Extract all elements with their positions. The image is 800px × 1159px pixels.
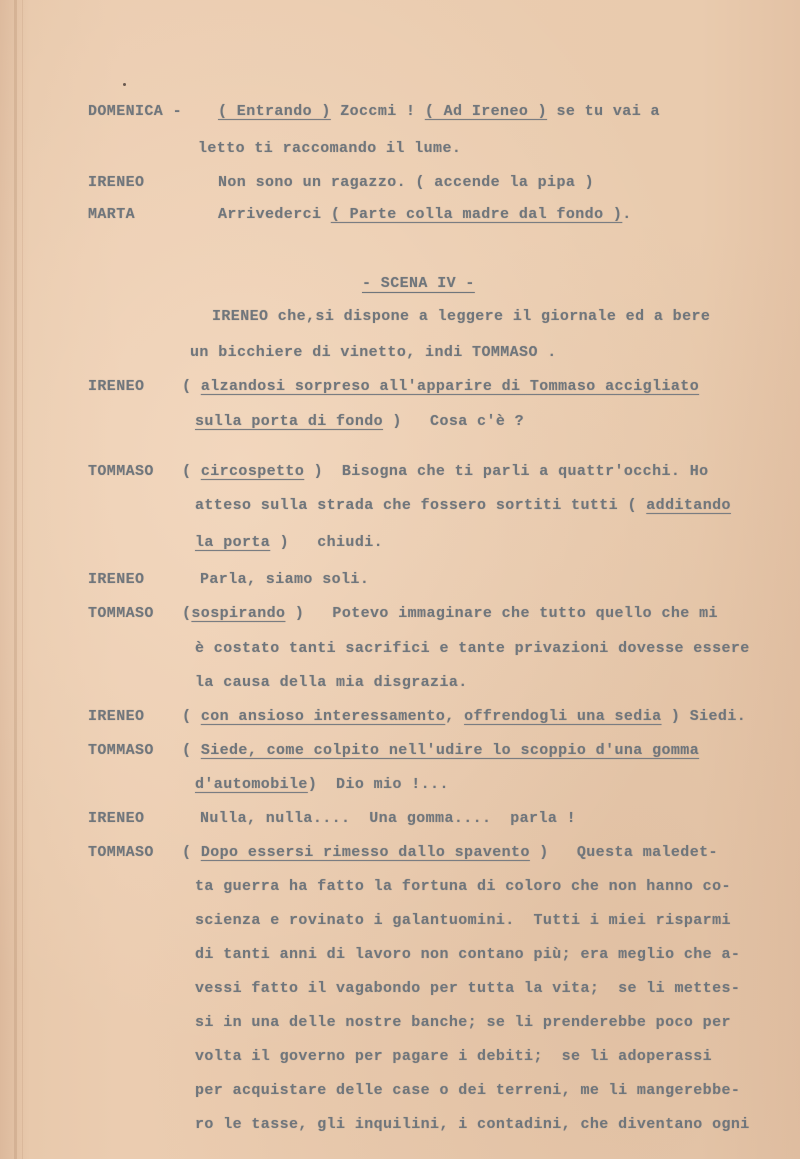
speaker-name: DOMENICA - bbox=[88, 103, 188, 120]
dialogue-line: ( circospetto ) Bisogna che ti parli a q… bbox=[182, 463, 709, 480]
speaker-name: TOMMASO bbox=[88, 844, 188, 861]
dialogue-line: per acquistare delle case o dei terreni,… bbox=[195, 1082, 740, 1099]
dialogue-line: d'automobile) Dio mio !... bbox=[195, 776, 449, 793]
dialogue-text: ( bbox=[182, 708, 201, 725]
dialogue-line: è costato tanti sacrifici e tante privaz… bbox=[195, 640, 750, 657]
dialogue-text: ) Siedi. bbox=[662, 708, 747, 725]
stage-direction-text: Siede, come colpito nell'udire lo scoppi… bbox=[201, 742, 699, 759]
ink-speck bbox=[123, 83, 126, 86]
dialogue-text: ( bbox=[182, 742, 201, 759]
dialogue-line: (sospirando ) Potevo immaginare che tutt… bbox=[182, 605, 718, 622]
dialogue-line: ( Siede, come colpito nell'udire lo scop… bbox=[182, 742, 699, 759]
stage-direction: IRENEO che,si dispone a leggere il giorn… bbox=[212, 308, 710, 325]
dialogue-line: la porta ) chiudi. bbox=[195, 534, 383, 551]
dialogue-line: ( con ansioso interessamento, offrendogl… bbox=[182, 708, 746, 725]
paper-fold-mark bbox=[14, 0, 17, 1159]
dialogue-text: la causa della mia disgrazia. bbox=[195, 674, 468, 691]
dialogue-text: Non sono un ragazzo. ( accende la pipa ) bbox=[218, 174, 594, 191]
dialogue-line: di tanti anni di lavoro non contano più;… bbox=[195, 946, 740, 963]
speaker-name: IRENEO bbox=[88, 810, 188, 827]
stage-direction-text: ( Entrando ) bbox=[218, 103, 331, 120]
dialogue-text: ta guerra ha fatto la fortuna di coloro … bbox=[195, 878, 731, 895]
stage-direction-text: ( Parte colla madre dal fondo ) bbox=[331, 206, 622, 223]
speaker-name: IRENEO bbox=[88, 174, 188, 191]
dialogue-text: , bbox=[445, 708, 464, 725]
dialogue-text: . bbox=[622, 206, 631, 223]
dialogue-text: Arrivederci bbox=[218, 206, 331, 223]
dialogue-line: Non sono un ragazzo. ( accende la pipa ) bbox=[218, 174, 594, 191]
scene-title: - SCENA IV - bbox=[362, 275, 475, 292]
dialogue-line: atteso sulla strada che fossero sortiti … bbox=[195, 497, 731, 514]
paper-fold-mark bbox=[22, 0, 23, 1159]
dialogue-text: ( bbox=[182, 378, 201, 395]
dialogue-text: ) Cosa c'è ? bbox=[383, 413, 524, 430]
dialogue-text: Zoccmi ! bbox=[331, 103, 425, 120]
stage-direction-text: sospirando bbox=[191, 605, 285, 622]
dialogue-text: ) Bisogna che ti parli a quattr'occhi. H… bbox=[304, 463, 708, 480]
dialogue-line: scienza e rovinato i galantuomini. Tutti… bbox=[195, 912, 731, 929]
dialogue-line: sulla porta di fondo ) Cosa c'è ? bbox=[195, 413, 524, 430]
dialogue-text: ( bbox=[182, 605, 191, 622]
dialogue-line: letto ti raccomando il lume. bbox=[198, 140, 461, 157]
dialogue-text: scienza e rovinato i galantuomini. Tutti… bbox=[195, 912, 731, 929]
stage-direction-text: alzandosi sorpreso all'apparire di Tomma… bbox=[201, 378, 699, 395]
stage-direction-text: additando bbox=[646, 497, 731, 514]
dialogue-line: ta guerra ha fatto la fortuna di coloro … bbox=[195, 878, 731, 895]
dialogue-text: di tanti anni di lavoro non contano più;… bbox=[195, 946, 740, 963]
stage-direction-text: sulla porta di fondo bbox=[195, 413, 383, 430]
speaker-name: IRENEO bbox=[88, 708, 188, 725]
stage-direction-text: ( Ad Ireneo ) bbox=[425, 103, 547, 120]
dialogue-text: volta il governo per pagare i debiti; se… bbox=[195, 1048, 712, 1065]
dialogue-line: ro le tasse, gli inquilini, i contadini,… bbox=[195, 1116, 750, 1133]
dialogue-line: ( Entrando ) Zoccmi ! ( Ad Ireneo ) se t… bbox=[218, 103, 660, 120]
dialogue-text: atteso sulla strada che fossero sortiti … bbox=[195, 497, 646, 514]
dialogue-line: la causa della mia disgrazia. bbox=[195, 674, 468, 691]
dialogue-line: Parla, siamo soli. bbox=[200, 571, 369, 588]
stage-direction: un bicchiere di vinetto, indi TOMMASO . bbox=[190, 344, 557, 361]
dialogue-text: se tu vai a bbox=[547, 103, 660, 120]
speaker-name: TOMMASO bbox=[88, 463, 188, 480]
dialogue-line: si in una delle nostre banche; se li pre… bbox=[195, 1014, 731, 1031]
dialogue-text: Nulla, nulla.... Una gomma.... parla ! bbox=[200, 810, 576, 827]
dialogue-text: è costato tanti sacrifici e tante privaz… bbox=[195, 640, 750, 657]
speaker-name: IRENEO bbox=[88, 571, 188, 588]
speaker-name: IRENEO bbox=[88, 378, 188, 395]
dialogue-text: per acquistare delle case o dei terreni,… bbox=[195, 1082, 740, 1099]
dialogue-text: letto ti raccomando il lume. bbox=[198, 140, 461, 157]
dialogue-text: ( bbox=[182, 844, 201, 861]
dialogue-text: ) Dio mio !... bbox=[308, 776, 449, 793]
speaker-name: TOMMASO bbox=[88, 742, 188, 759]
stage-direction-text: circospetto bbox=[201, 463, 304, 480]
stage-direction-text: d'automobile bbox=[195, 776, 308, 793]
stage-direction-text: la porta bbox=[195, 534, 270, 551]
speaker-name: MARTA bbox=[88, 206, 188, 223]
stage-direction-text: offrendogli una sedia bbox=[464, 708, 661, 725]
dialogue-text: ) Potevo immaginare che tutto quello che… bbox=[285, 605, 717, 622]
dialogue-text: Parla, siamo soli. bbox=[200, 571, 369, 588]
dialogue-line: Nulla, nulla.... Una gomma.... parla ! bbox=[200, 810, 576, 827]
dialogue-text: ) chiudi. bbox=[270, 534, 383, 551]
dialogue-text: si in una delle nostre banche; se li pre… bbox=[195, 1014, 731, 1031]
dialogue-line: vessi fatto il vagabondo per tutta la vi… bbox=[195, 980, 740, 997]
stage-direction-text: con ansioso interessamento bbox=[201, 708, 445, 725]
dialogue-text: ) Questa maledet- bbox=[530, 844, 718, 861]
dialogue-line: ( alzandosi sorpreso all'apparire di Tom… bbox=[182, 378, 699, 395]
dialogue-text: ( bbox=[182, 463, 201, 480]
stage-direction-text: Dopo essersi rimesso dallo spavento bbox=[201, 844, 530, 861]
dialogue-line: ( Dopo essersi rimesso dallo spavento ) … bbox=[182, 844, 718, 861]
dialogue-line: Arrivederci ( Parte colla madre dal fond… bbox=[218, 206, 632, 223]
speaker-name: TOMMASO bbox=[88, 605, 188, 622]
dialogue-line: volta il governo per pagare i debiti; se… bbox=[195, 1048, 712, 1065]
dialogue-text: vessi fatto il vagabondo per tutta la vi… bbox=[195, 980, 740, 997]
dialogue-text: ro le tasse, gli inquilini, i contadini,… bbox=[195, 1116, 750, 1133]
